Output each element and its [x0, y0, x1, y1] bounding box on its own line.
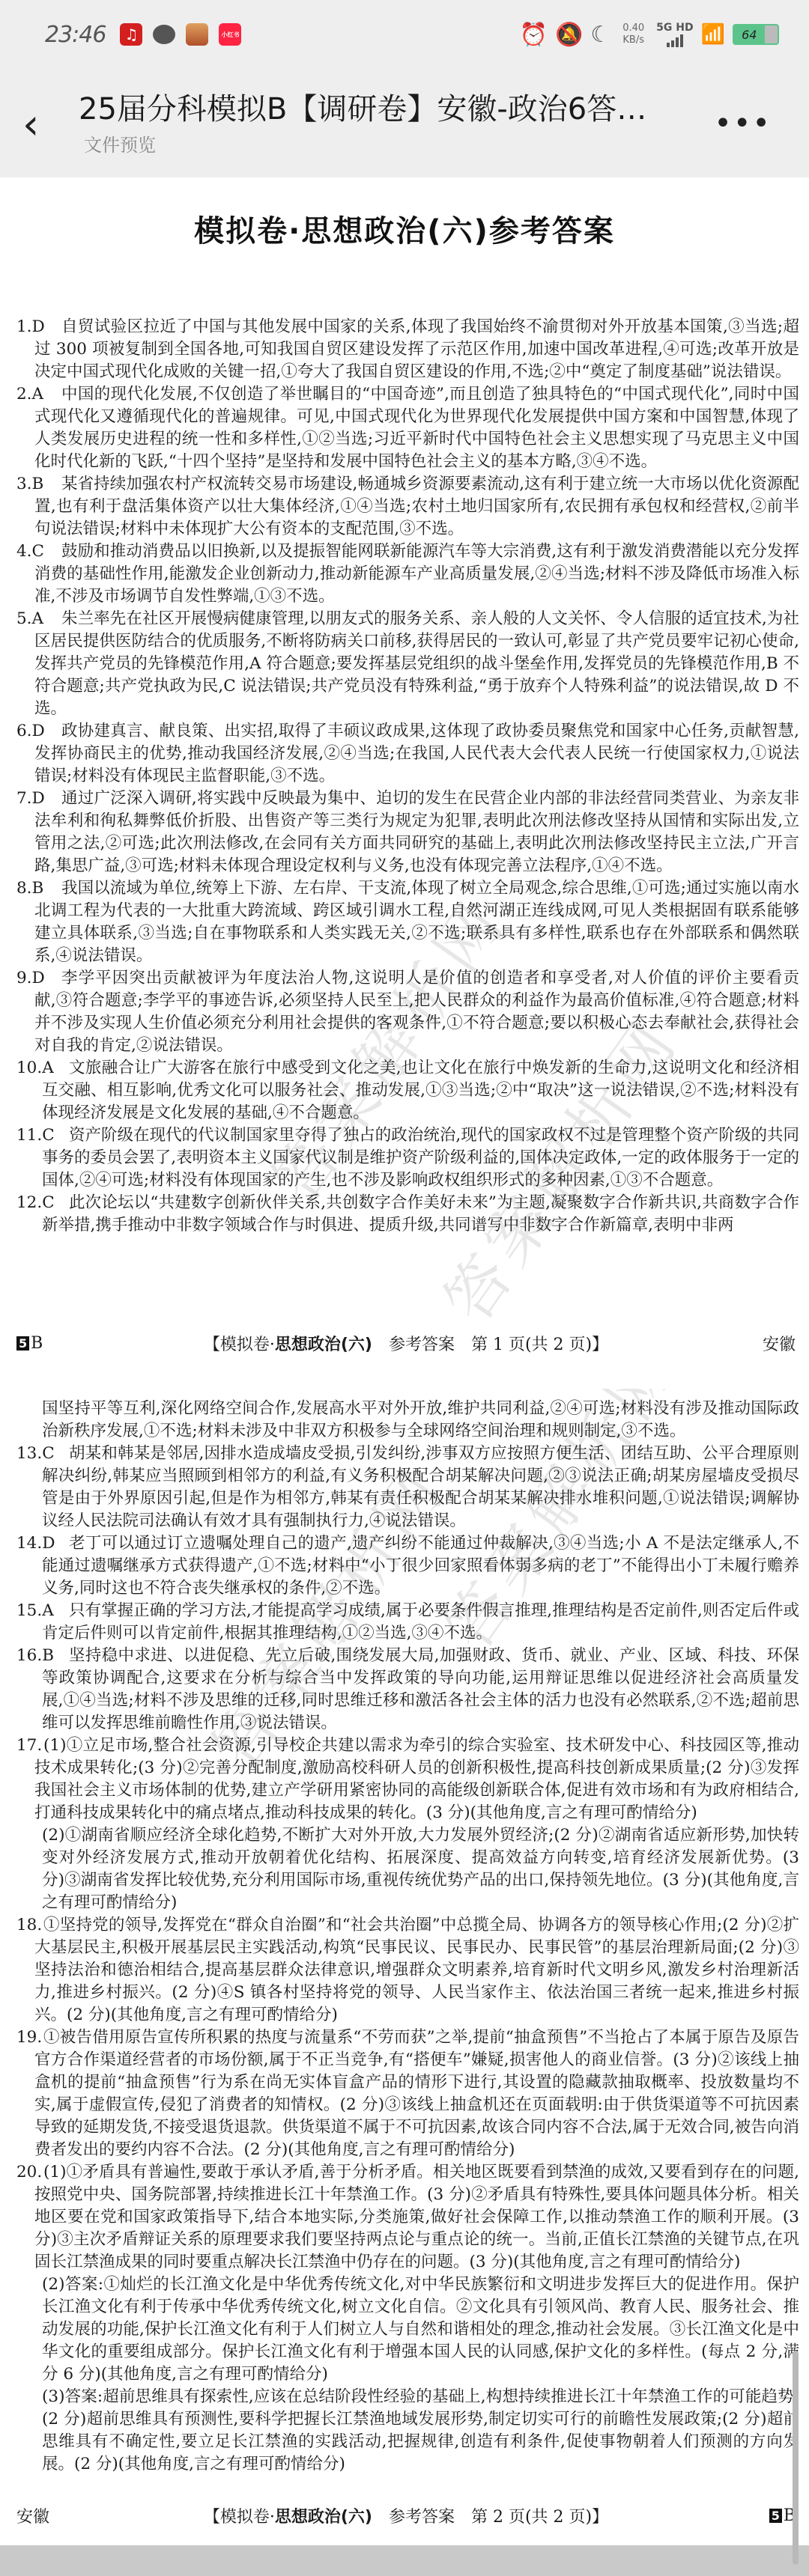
footer-caption: 【模拟卷·思想政治(六) 参考答案 第 2 页(共 2 页)】 — [16, 2504, 796, 2527]
answer-list-page-1: 1.D自贸试验区拉近了中国与其他发展中国家的关系,体现了我国始终不渝贯彻对外开放… — [16, 316, 799, 1237]
file-subtitle: 文件预览 — [84, 130, 156, 156]
answer-list-page-2: 国坚持平等互利,深化网络空间合作,发展高水平对外开放,维护共同利益,②④可选;材… — [16, 1398, 799, 2476]
answer-item: (2)①湖南省顺应经济全球化趋势,不断扩大对外开放,大力发展外贸经济;(2 分)… — [16, 1824, 799, 1914]
answer-text: (1)①矛盾具有普遍性,要敢于承认矛盾,善于分析矛盾。相关地区既要看到禁渔的成效… — [34, 2161, 799, 2274]
vertical-scrollbar[interactable] — [793, 2351, 799, 2565]
answer-item: 国坚持平等互利,深化网络空间合作,发展高水平对外开放,维护共同利益,②④可选;材… — [16, 1398, 799, 1443]
answer-item: 14.D老丁可以通过订立遗嘱处理自己的遗产,遗产纠纷不能通过仲裁解决,③④当选;… — [16, 1532, 799, 1600]
answer-item: 15.A只有掌握正确的学习方法,才能提高学习成绩,属于必要条件假言推理,推理结构… — [16, 1600, 799, 1645]
answer-number: 8.B — [16, 877, 43, 900]
answer-item: 4.C鼓励和推动消费品以旧换新,以及提振智能网联新能源汽车等大宗消费,这有利于激… — [16, 541, 799, 608]
answer-text: ①坚持党的领导,发挥党在“群众自治圈”和“社会共治圈”中总揽全局、协调各方的领导… — [34, 1914, 799, 2027]
xiaohongshu-icon: 小红书 — [219, 23, 241, 46]
answer-number: 10.A — [16, 1057, 54, 1080]
answer-text: 老丁可以通过订立遗嘱处理自己的遗产,遗产纠纷不能通过仲裁解决,③④当选;小 A … — [42, 1532, 799, 1600]
answer-item: 13.C胡某和韩某是邻居,因排水造成墙皮受损,引发纠纷,涉事双方应按照方便生活、… — [16, 1443, 799, 1532]
wifi-icon: 📶 — [701, 23, 725, 46]
answer-item: 3.B某省持续加强农村产权流转交易市场建设,畅通城乡资源要素流动,这有利于建立统… — [16, 473, 799, 541]
answer-text: (3)答案:超前思维具有探索性,应该在总结阶段性经验的基础上,构想持续推进长江十… — [42, 2386, 799, 2476]
answer-text: 朱兰率先在社区开展慢病健康管理,以朋友式的服务关系、亲人般的人文关怀、令人信服的… — [34, 608, 799, 720]
alarm-icon: ⏰ — [520, 22, 548, 48]
answer-text: 李学平因突出贡献被评为年度法治人物,这说明人是价值的创造者和享受者,对人价值的评… — [34, 967, 799, 1057]
answer-number: 9.D — [16, 967, 45, 990]
answer-text: 胡某和韩某是邻居,因排水造成墙皮受损,引发纠纷,涉事双方应按照方便生活、团结互助… — [42, 1443, 799, 1532]
mute-bell-icon: 🔕 — [555, 22, 583, 48]
page-title: 模拟卷·思想政治(六)参考答案 — [0, 207, 809, 250]
answer-item: 16.B坚持稳中求进、以进促稳、先立后破,围绕发展大局,加强财政、货币、就业、产… — [16, 1645, 799, 1735]
answer-number: 2.A — [16, 383, 43, 406]
page-2-footer: 安徽 【模拟卷·思想政治(六) 参考答案 第 2 页(共 2 页)】 5B — [16, 2503, 796, 2528]
answer-text: ①被告借用原告宣传所积累的热度与流量系“不劳而获”之举,提前“抽盒预售”不当抢占… — [34, 2027, 799, 2161]
answer-number: 1.D — [16, 316, 45, 338]
answer-text: 我国以流域为单位,统筹上下游、左右岸、干支流,体现了树立全局观念,综合思维,①可… — [34, 877, 799, 967]
answer-number: 19. — [16, 2027, 42, 2049]
status-bar: 23:46 ♫ 小红书 ⏰ 🔕 ☾ 0.40 KB/s 5G HD 📶 64 — [0, 0, 809, 69]
answer-number: 20. — [16, 2161, 42, 2184]
answer-number: 12.C — [16, 1192, 55, 1214]
answer-text: 国坚持平等互利,深化网络空间合作,发展高水平对外开放,维护共同利益,②④可选;材… — [42, 1398, 799, 1443]
answer-text: 资产阶级在现代的代议制国家里夺得了独占的政治统治,现代的国家政权不过是管理整个资… — [42, 1124, 799, 1192]
answer-number: 13.C — [16, 1443, 55, 1465]
answer-number: 11.C — [16, 1124, 55, 1147]
answer-item: 9.D李学平因突出贡献被评为年度法治人物,这说明人是价值的创造者和享受者,对人价… — [16, 967, 799, 1057]
answer-item: 11.C资产阶级在现代的代议制国家里夺得了独占的政治统治,现代的国家政权不过是管… — [16, 1124, 799, 1192]
answer-number: 17. — [16, 1735, 42, 1757]
moon-icon: ☾ — [590, 22, 610, 48]
answer-item: 18.①坚持党的领导,发挥党在“群众自治圈”和“社会共治圈”中总揽全局、协调各方… — [16, 1914, 799, 2027]
answer-number: 3.B — [16, 473, 43, 496]
answer-number: 4.C — [16, 541, 44, 563]
answer-number: 5.A — [16, 608, 43, 630]
answer-item: 12.C此次论坛以“共建数字创新伙伴关系,共创数字合作美好未来”为主题,凝聚数字… — [16, 1192, 799, 1237]
answer-item: 17.(1)①立足市场,整合社会资源,引导校企共建以需求为牵引的综合实验室、技术… — [16, 1735, 799, 1824]
footer-caption: 【模拟卷·思想政治(六) 参考答案 第 1 页(共 2 页)】 — [16, 1332, 796, 1355]
netease-music-icon: ♫ — [120, 23, 142, 46]
answer-item: 6.D政协建真言、献良策、出实招,取得了丰硕议政成果,这体现了政协委员聚焦党和国… — [16, 720, 799, 788]
answer-text: (2)答案:①灿烂的长江渔文化是中华优秀传统文化,对中华民族繁衍和文明进步发挥巨… — [42, 2274, 799, 2386]
answer-text: (1)①立足市场,整合社会资源,引导校企共建以需求为牵引的综合实验室、技术研发中… — [34, 1735, 799, 1824]
answer-item: 5.A朱兰率先在社区开展慢病健康管理,以朋友式的服务关系、亲人般的人文关怀、令人… — [16, 608, 799, 720]
answer-number: 14.D — [16, 1532, 55, 1555]
answer-item: 7.D通过广泛深入调研,将实践中反映最为集中、迫切的发生在民营企业内部的非法经营… — [16, 788, 799, 877]
back-button[interactable]: ‹ — [22, 99, 60, 151]
game-app-icon — [186, 23, 208, 46]
message-icon — [153, 23, 175, 46]
answer-number: 7.D — [16, 788, 45, 810]
battery-icon: 64 — [733, 24, 779, 45]
answer-item: (2)答案:①灿烂的长江渔文化是中华优秀传统文化,对中华民族繁衍和文明进步发挥巨… — [16, 2274, 799, 2386]
answer-text: 鼓励和推动消费品以旧换新,以及提振智能网联新能源汽车等大宗消费,这有利于激发消费… — [34, 541, 799, 608]
answer-text: 自贸试验区拉近了中国与其他发展中国家的关系,体现了我国始终不渝贯彻对外开放基本国… — [34, 316, 799, 383]
answer-number: 15.A — [16, 1600, 54, 1622]
answer-number: 16.B — [16, 1645, 54, 1667]
title-bar: ‹ 25届分科模拟B【调研卷】安徽-政治6答… 文件预览 ••• — [0, 69, 809, 177]
answer-item: 2.A中国的现代化发展,不仅创造了举世瞩目的“中国奇迹”,而且创造了独具特色的“… — [16, 383, 799, 473]
document-page-2: 国坚持平等互利,深化网络空间合作,发展高水平对外开放,维护共同利益,②④可选;材… — [0, 1389, 809, 2545]
answer-number: 6.D — [16, 720, 45, 743]
answer-item: 20.(1)①矛盾具有普遍性,要敢于承认矛盾,善于分析矛盾。相关地区既要看到禁渔… — [16, 2161, 799, 2274]
answer-text: 文旅融合让广大游客在旅行中感受到文化之美,也让文化在旅行中焕发新的生命力,这说明… — [42, 1057, 799, 1124]
answer-text: 只有掌握正确的学习方法,才能提高学习成绩,属于必要条件假言推理,推理结构是否定前… — [42, 1600, 799, 1645]
answer-item: (3)答案:超前思维具有探索性,应该在总结阶段性经验的基础上,构想持续推进长江十… — [16, 2386, 799, 2476]
more-options-button[interactable]: ••• — [714, 106, 772, 141]
document-page-1: 模拟卷·思想政治(六)参考答案 1.D自贸试验区拉近了中国与其他发展中国家的关系… — [0, 177, 809, 1531]
answer-text: (2)①湖南省顺应经济全球化趋势,不断扩大对外开放,大力发展外贸经济;(2 分)… — [42, 1824, 799, 1914]
answer-item: 19.①被告借用原告宣传所积累的热度与流量系“不劳而获”之举,提前“抽盒预售”不… — [16, 2027, 799, 2161]
file-title: 25届分科模拟B【调研卷】安徽-政治6答… — [79, 85, 693, 128]
answer-text: 政协建真言、献良策、出实招,取得了丰硕议政成果,这体现了政协委员聚焦党和国家中心… — [34, 720, 799, 788]
answer-item: 10.A文旅融合让广大游客在旅行中感受到文化之美,也让文化在旅行中焕发新的生命力… — [16, 1057, 799, 1124]
answer-number: 18. — [16, 1914, 42, 1937]
answer-text: 此次论坛以“共建数字创新伙伴关系,共创数字合作美好未来”为主题,凝聚数字合作新共… — [42, 1192, 799, 1237]
clock: 23:46 — [45, 22, 106, 48]
answer-item: 1.D自贸试验区拉近了中国与其他发展中国家的关系,体现了我国始终不渝贯彻对外开放… — [16, 316, 799, 383]
answer-text: 中国的现代化发展,不仅创造了举世瞩目的“中国奇迹”,而且创造了独具特色的“中国式… — [34, 383, 799, 473]
net-speed: 0.40 KB/s — [622, 22, 644, 46]
answer-text: 坚持稳中求进、以进促稳、先立后破,围绕发展大局,加强财政、货币、就业、产业、区域… — [42, 1645, 799, 1735]
answer-item: 8.B我国以流域为单位,统筹上下游、左右岸、干支流,体现了树立全局观念,综合思维… — [16, 877, 799, 967]
page-1-footer: 5B 【模拟卷·思想政治(六) 参考答案 第 1 页(共 2 页)】 安徽 — [16, 1330, 796, 1356]
signal-icon: 5G HD — [656, 22, 693, 47]
answer-text: 通过广泛深入调研,将实践中反映最为集中、迫切的发生在民营企业内部的非法经营同类营… — [34, 788, 799, 877]
answer-text: 某省持续加强农村产权流转交易市场建设,畅通城乡资源要素流动,这有利于建立统一大市… — [34, 473, 799, 541]
